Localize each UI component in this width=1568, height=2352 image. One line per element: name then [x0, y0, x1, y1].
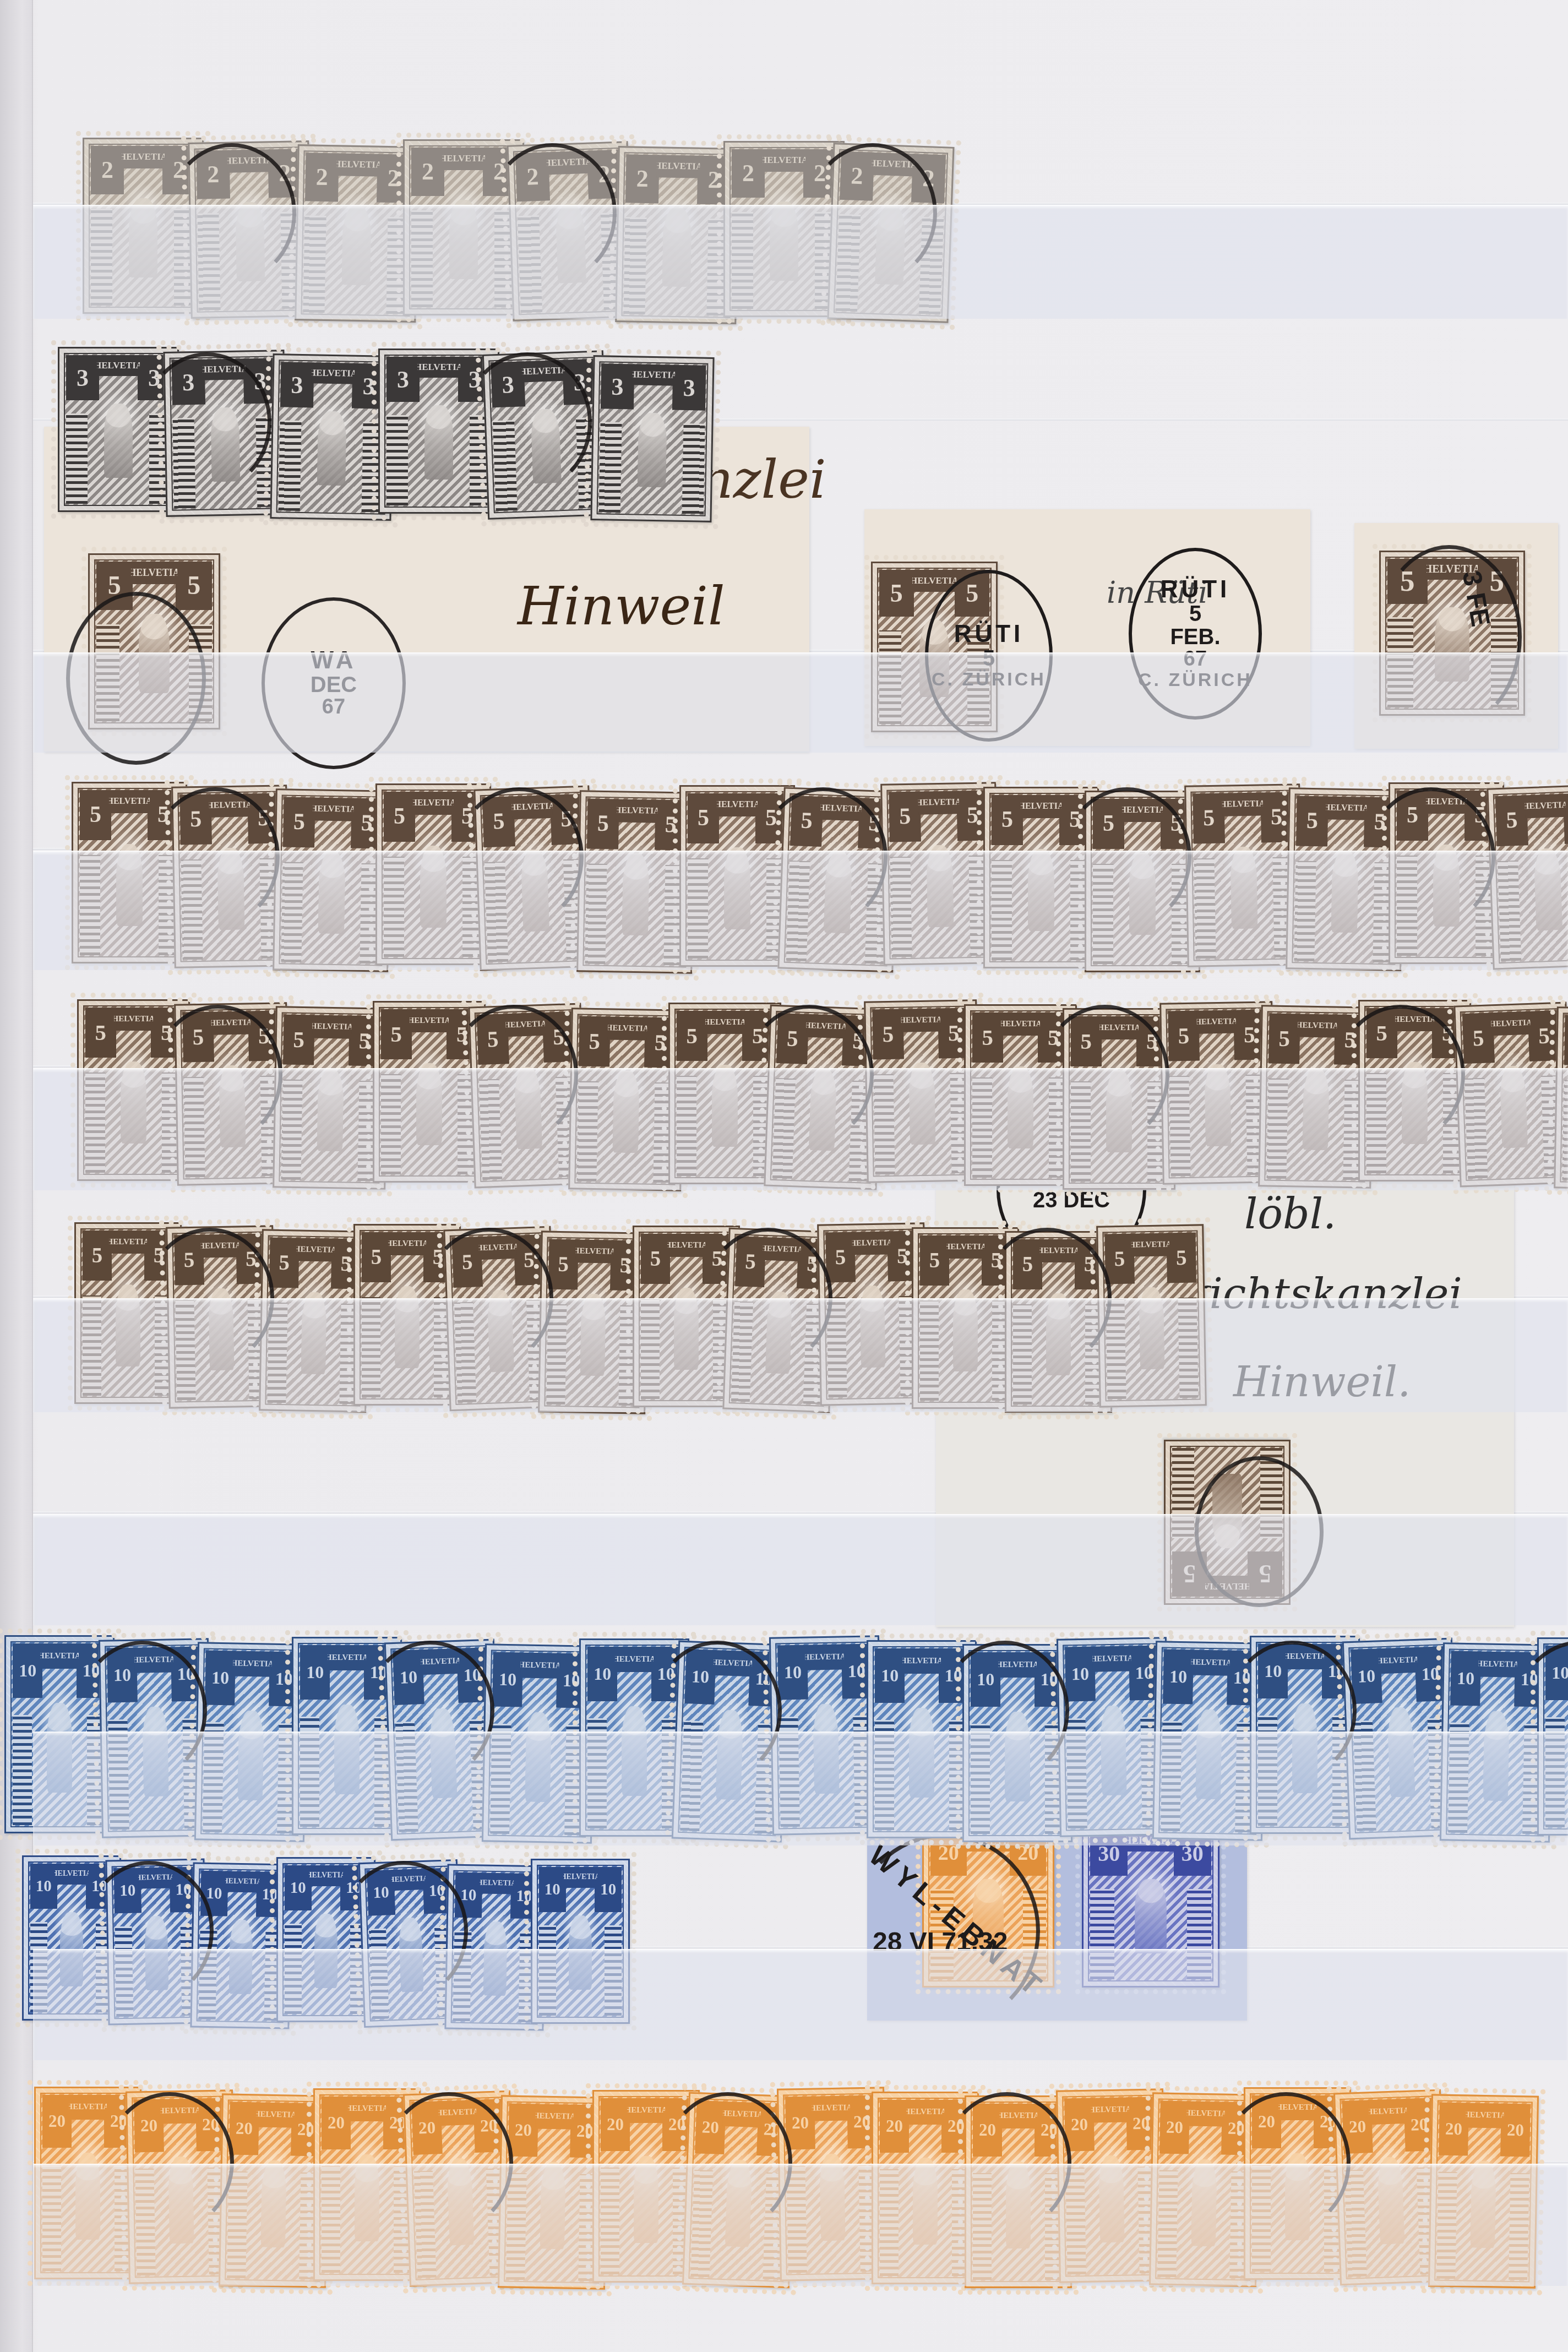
glassine-pocket [33, 1514, 1568, 1625]
helvetia-figure-icon [424, 405, 453, 480]
glassine-pocket [33, 1298, 1568, 1412]
stamp-3: 33HELVETIA [378, 349, 499, 514]
helvetia-figure-icon [210, 407, 240, 482]
glassine-pocket [33, 205, 1568, 319]
address-line-2: Hinweil [518, 575, 725, 637]
glassine-pocket [33, 1949, 1568, 2060]
glassine-pocket [33, 851, 1568, 970]
stamp-3: 33HELVETIA [58, 347, 179, 512]
glassine-pocket [33, 652, 1568, 753]
address-line-2: löbl. [1244, 1189, 1336, 1238]
helvetia-figure-icon [317, 411, 347, 486]
stamp-3: 33HELVETIA [163, 350, 287, 517]
helvetia-figure-icon [1135, 1879, 1167, 1953]
glassine-pocket [33, 1732, 1568, 1845]
stamp-3: 33HELVETIA [482, 350, 609, 519]
glassine-pocket [33, 1068, 1568, 1190]
helvetia-figure-icon [104, 404, 132, 478]
helvetia-figure-icon [638, 413, 667, 488]
stamp-3: 33HELVETIA [270, 353, 394, 521]
helvetia-figure-icon [531, 409, 562, 484]
stamp-row-3c: 33HELVETIA33HELVETIA33HELVETIA33HELVETIA… [58, 347, 699, 521]
glassine-pocket [33, 2164, 1568, 2286]
stamp-3: 33HELVETIA [590, 355, 714, 522]
